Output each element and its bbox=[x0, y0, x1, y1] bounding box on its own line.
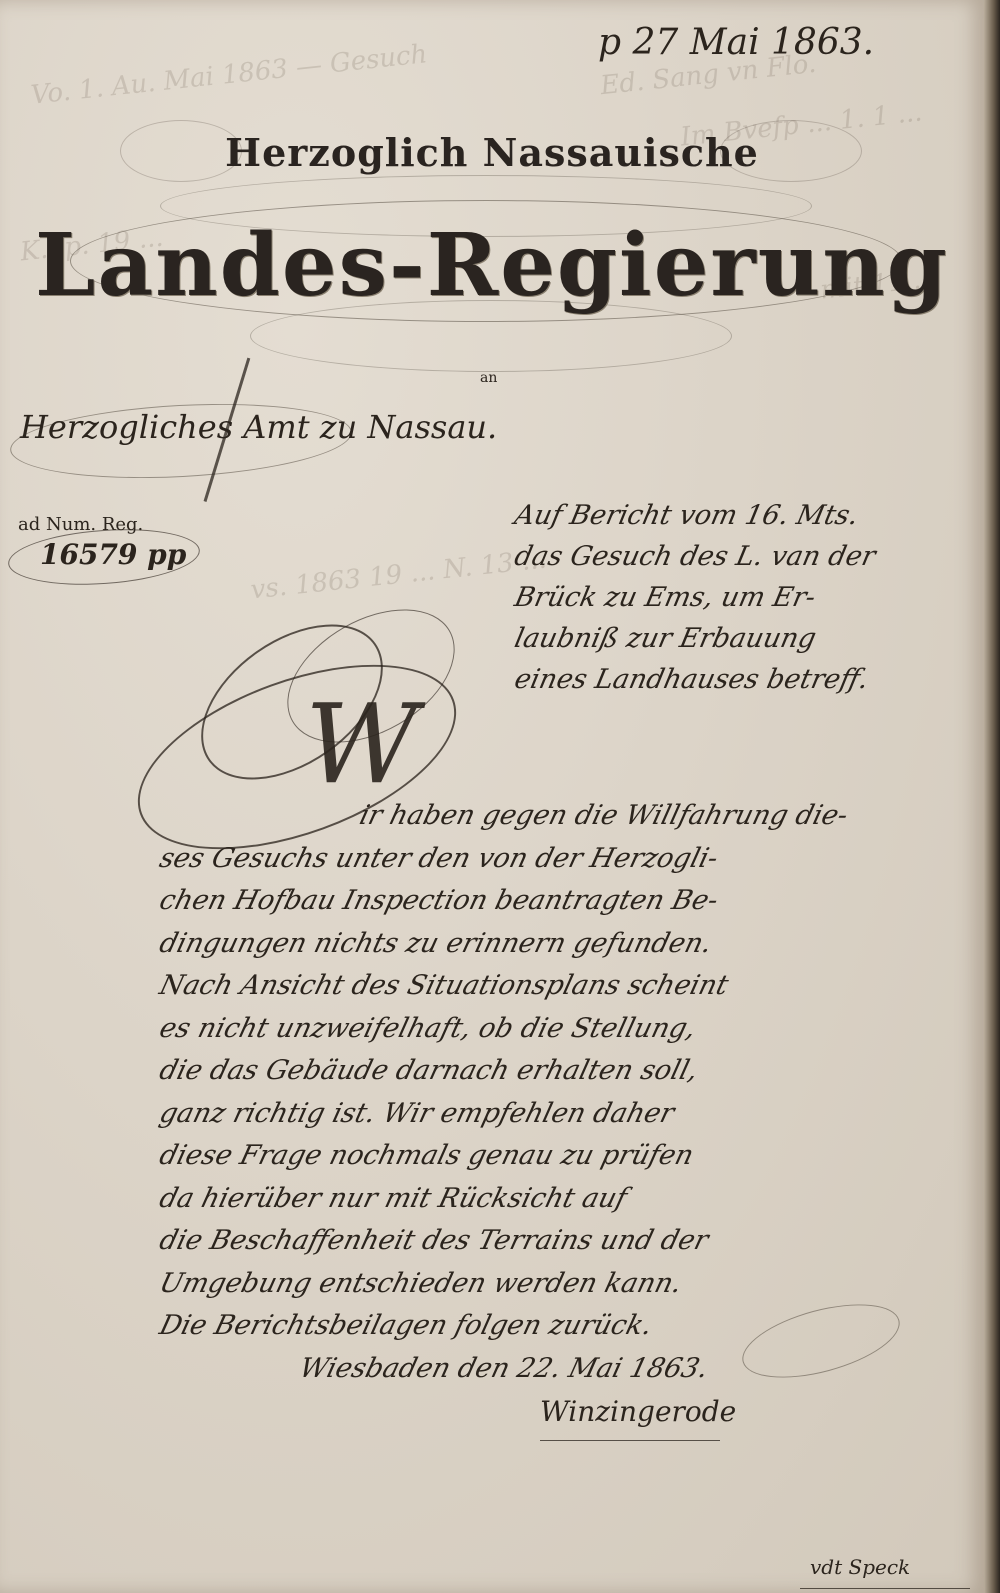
letter-body: ir haben gegen die Willfahrung die- ses … bbox=[160, 795, 980, 1390]
body-line: ir haben gegen die Willfahrung die- bbox=[155, 795, 986, 838]
document-page: Vo. 1. Au. Mai 1863 — Gesuch Ed. Sang vn… bbox=[0, 0, 984, 1593]
subject-line: Brück zu Ems, um Er- bbox=[511, 577, 980, 618]
bleed-through-text: vs. 1863 19 ... N. 13 ... bbox=[249, 545, 548, 606]
page-edge bbox=[984, 0, 1000, 1593]
reference-label: ad Num. Reg. bbox=[18, 514, 143, 535]
body-line: die das Gebäude darnach erhalten soll, bbox=[155, 1050, 986, 1093]
signature: Winzingerode bbox=[540, 1395, 736, 1428]
letterhead-connector: an bbox=[480, 370, 497, 386]
body-line: chen Hofbau Inspection beantragten Be- bbox=[155, 880, 986, 923]
subject-line: Auf Bericht vom 16. Mts. bbox=[511, 495, 980, 536]
subject-line: laubniß zur Erbauung bbox=[511, 618, 980, 659]
body-line: es nicht unzweifelhaft, ob die Stellung, bbox=[155, 1008, 986, 1051]
countersignature: vdt Speck bbox=[810, 1555, 910, 1579]
body-line: da hierüber nur mit Rücksicht auf bbox=[155, 1178, 986, 1221]
bleed-through-text: Vo. 1. Au. Mai 1863 — Gesuch bbox=[30, 39, 429, 110]
reference-number: 16579 pp bbox=[40, 538, 186, 571]
received-date: p 27 Mai 1863. bbox=[598, 22, 874, 63]
subject-block: Auf Bericht vom 16. Mts. das Gesuch des … bbox=[515, 495, 975, 700]
subject-line: das Gesuch des L. van der bbox=[511, 536, 980, 577]
body-line: Nach Ansicht des Situationsplans scheint bbox=[155, 965, 986, 1008]
body-line: diese Frage nochmals genau zu prüfen bbox=[155, 1135, 986, 1178]
body-line: ganz richtig ist. Wir empfehlen daher bbox=[155, 1093, 986, 1136]
letterhead-line2: Landes-Regierung bbox=[0, 215, 984, 316]
subject-line: eines Landhauses betreff. bbox=[511, 659, 980, 700]
body-line: Umgebung entschieden werden kann. bbox=[155, 1263, 986, 1306]
ornamental-initial: W bbox=[130, 620, 530, 820]
signature-underline bbox=[540, 1440, 720, 1441]
letterhead-line1: Herzoglich Nassauische bbox=[0, 130, 984, 175]
body-line: die Beschaffenheit des Terrains und der bbox=[155, 1220, 986, 1263]
body-line: dingungen nichts zu erinnern gefunden. bbox=[155, 923, 986, 966]
countersign-underline bbox=[800, 1588, 970, 1589]
addressee: Herzogliches Amt zu Nassau. bbox=[20, 408, 497, 446]
body-line: ses Gesuchs unter den von der Herzogli- bbox=[155, 838, 986, 881]
